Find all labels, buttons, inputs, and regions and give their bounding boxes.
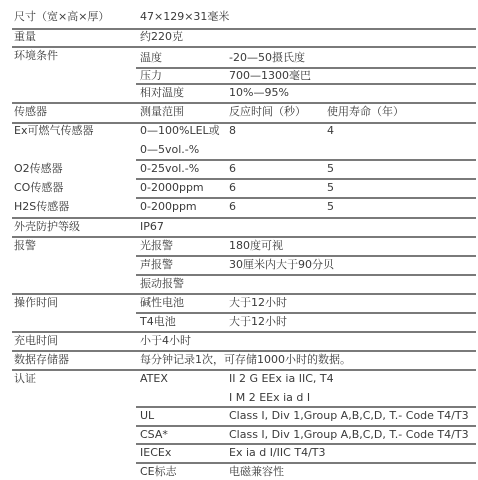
alarm-value: 180度可视 bbox=[229, 239, 283, 253]
sensor-life: 5 bbox=[327, 200, 334, 214]
range-header: 测量范围 bbox=[140, 105, 184, 119]
temperature-value: -20—50摄氏度 bbox=[229, 51, 305, 65]
sensor-response: 6 bbox=[229, 162, 236, 176]
weight-label: 重量 bbox=[14, 30, 36, 44]
size-value: 47×129×31毫米 bbox=[140, 10, 229, 24]
size-label: 尺寸（宽×高×厚） bbox=[14, 10, 109, 24]
spec-table: 尺寸（宽×高×厚） 47×129×31毫米 重量 约220克 环境条件 温度 -… bbox=[0, 0, 478, 480]
battery-type: T4电池 bbox=[140, 315, 176, 329]
datalog-value: 每分钟记录1次，可存储1000小时的数据。 bbox=[140, 353, 351, 367]
cert-value: 电磁兼容性 bbox=[229, 465, 284, 479]
divider bbox=[136, 159, 476, 161]
cert-name: UL bbox=[140, 409, 154, 423]
sensor-life: 5 bbox=[327, 162, 334, 176]
sensor-name: CO传感器 bbox=[14, 181, 63, 195]
environment-label: 环境条件 bbox=[14, 49, 58, 63]
cert-value: II 2 G EEx ia IIC, T4 bbox=[229, 372, 334, 386]
alarm-value: 30厘米内大于90分贝 bbox=[229, 258, 334, 272]
divider bbox=[12, 217, 476, 219]
cert-name: IECEx bbox=[140, 446, 171, 460]
divider bbox=[136, 197, 476, 199]
sensor-range: 0-2000ppm bbox=[140, 181, 204, 195]
charge-value: 小于4小时 bbox=[140, 334, 191, 348]
alarm-type: 振动报警 bbox=[140, 277, 184, 291]
pressure-value: 700—1300毫巴 bbox=[229, 69, 311, 83]
divider bbox=[12, 236, 476, 238]
temperature-label: 温度 bbox=[140, 51, 162, 65]
divider bbox=[136, 178, 476, 180]
battery-value: 大于12小时 bbox=[229, 296, 287, 310]
divider bbox=[136, 462, 476, 464]
sensor-range: 0-25vol.-% bbox=[140, 162, 199, 176]
divider bbox=[12, 28, 476, 30]
operation-label: 操作时间 bbox=[14, 296, 58, 310]
divider bbox=[136, 255, 476, 257]
divider bbox=[136, 312, 476, 314]
battery-type: 碱性电池 bbox=[140, 296, 184, 310]
divider bbox=[136, 425, 476, 427]
sensor-response: 6 bbox=[229, 181, 236, 195]
cert-name: ATEX bbox=[140, 372, 168, 386]
battery-value: 大于12小时 bbox=[229, 315, 287, 329]
alarm-label: 报警 bbox=[14, 239, 36, 253]
charge-label: 充电时间 bbox=[14, 334, 58, 348]
humidity-value: 10%—95% bbox=[229, 86, 289, 100]
sensor-name: Ex可燃气传感器 bbox=[14, 124, 93, 138]
datalog-label: 数据存储器 bbox=[14, 353, 69, 367]
alarm-type: 声报警 bbox=[140, 258, 173, 272]
cert-value-2: I M 2 EEx ia d I bbox=[229, 391, 310, 405]
sensor-range-2: 0—5vol.-% bbox=[140, 143, 199, 157]
sensor-life: 4 bbox=[327, 124, 334, 138]
weight-value: 约220克 bbox=[140, 30, 183, 44]
divider bbox=[136, 443, 476, 445]
cert-name: CE标志 bbox=[140, 465, 177, 479]
divider bbox=[12, 46, 476, 48]
divider bbox=[12, 350, 476, 352]
sensor-range: 0-200ppm bbox=[140, 200, 197, 214]
cert-name: CSA* bbox=[140, 428, 168, 442]
divider bbox=[12, 293, 476, 295]
sensor-range: 0—100%LEL或 bbox=[140, 124, 220, 138]
sensor-name: H2S传感器 bbox=[14, 200, 69, 214]
divider bbox=[12, 369, 476, 371]
response-header: 反应时间（秒） bbox=[229, 105, 306, 119]
ip-value: IP67 bbox=[140, 220, 164, 234]
sensors-label: 传感器 bbox=[14, 105, 47, 119]
divider bbox=[136, 406, 476, 408]
sensor-life: 5 bbox=[327, 181, 334, 195]
life-header: 使用寿命（年） bbox=[327, 105, 404, 119]
cert-label: 认证 bbox=[14, 372, 36, 386]
sensor-response: 8 bbox=[229, 124, 236, 138]
humidity-label: 相对温度 bbox=[140, 86, 184, 100]
cert-value: Class I, Div 1,Group A,B,C,D, T.- Code T… bbox=[229, 409, 469, 423]
divider bbox=[136, 274, 476, 276]
divider bbox=[12, 331, 476, 333]
divider bbox=[136, 83, 476, 85]
sensor-name: O2传感器 bbox=[14, 162, 63, 176]
cert-value: Class I, Div 1,Group A,B,C,D, T.- Code T… bbox=[229, 428, 469, 442]
ip-label: 外壳防护等级 bbox=[14, 220, 80, 234]
alarm-type: 光报警 bbox=[140, 239, 173, 253]
pressure-label: 压力 bbox=[140, 69, 162, 83]
divider bbox=[12, 102, 476, 104]
cert-value: Ex ia d I/IIC T4/T3 bbox=[229, 446, 326, 460]
sensor-response: 6 bbox=[229, 200, 236, 214]
